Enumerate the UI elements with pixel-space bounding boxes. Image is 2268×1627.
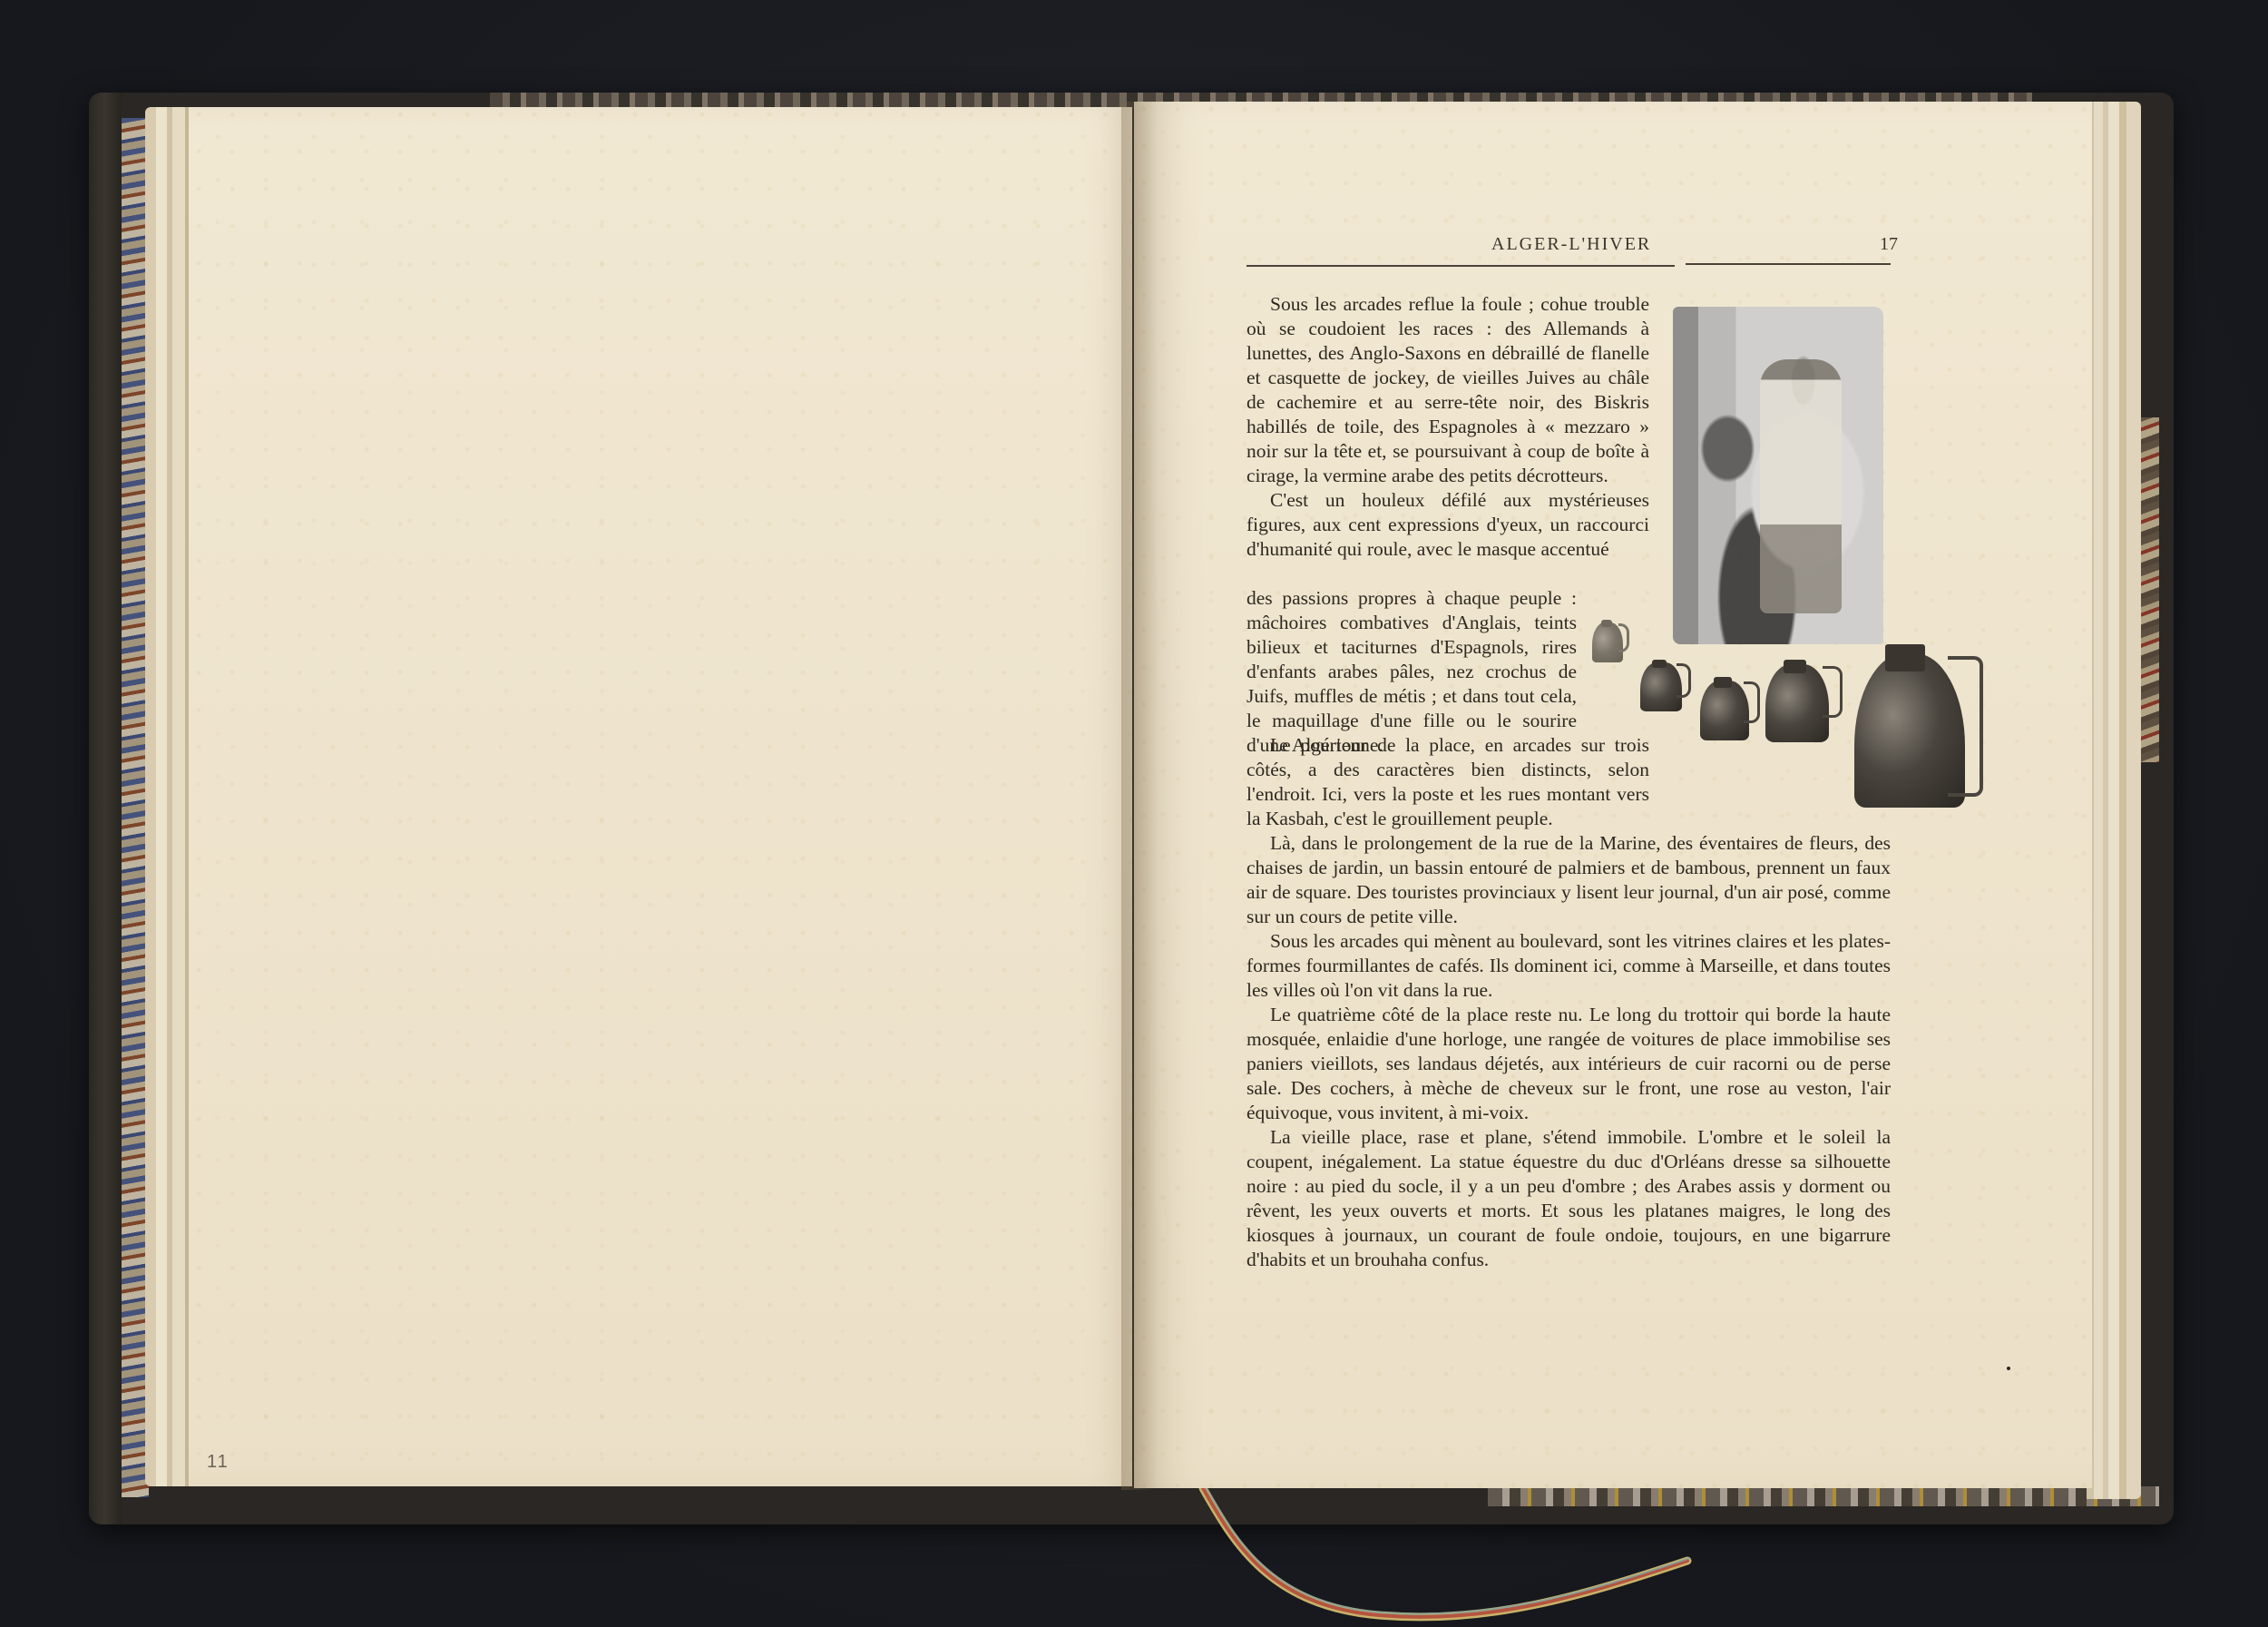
paragraph: Le quatrième côté de la place reste nu. … — [1246, 1003, 1891, 1125]
standing-figure — [1760, 359, 1842, 613]
text-block-4: Là, dans le prolongement de la rue de la… — [1246, 831, 1891, 1272]
right-page-stack — [2087, 102, 2141, 1499]
paragraph: Là, dans le prolongement de la rue de la… — [1246, 831, 1891, 929]
text-block-3: Le pourtour de la place, en arcades sur … — [1246, 733, 1649, 831]
paper-speck — [2007, 1367, 2010, 1370]
gutter-shadow — [1121, 102, 1158, 1490]
paragraph: C'est un houleux défilé aux mystérieuses… — [1246, 488, 1649, 562]
running-title: ALGER-L'HIVER — [1491, 234, 1651, 255]
paragraph: La vieille place, rase et plane, s'étend… — [1246, 1125, 1891, 1272]
paragraph: Sous les arcades qui mènent au boulevard… — [1246, 929, 1891, 1003]
jug-illustration — [1592, 622, 1623, 662]
pencil-mark: 11 — [207, 1452, 230, 1473]
header-rule — [1686, 263, 1891, 265]
ribbon-bookmark[interactable] — [1198, 1488, 1742, 1627]
jug-illustration — [1854, 653, 1965, 808]
running-head: ALGER-L'HIVER 17 — [1246, 234, 1891, 270]
paragraph-continuation: des passions propres à chaque peuple : m… — [1246, 586, 1577, 758]
left-page[interactable] — [189, 107, 1132, 1486]
header-rule — [1246, 265, 1675, 267]
cover-leather-edge — [89, 93, 122, 1524]
page-number: 17 — [1880, 234, 1898, 255]
paragraph: Le pourtour de la place, en arcades sur … — [1246, 733, 1649, 831]
jug-illustration — [1640, 662, 1682, 711]
text-block-1: Sous les arcades reflue la foule ; cohue… — [1246, 292, 1649, 562]
paragraph: Sous les arcades reflue la foule ; cohue… — [1246, 292, 1649, 488]
jug-illustration — [1765, 664, 1829, 742]
text-block-2: des passions propres à chaque peuple : m… — [1246, 586, 1577, 758]
jug-illustration — [1700, 681, 1749, 740]
